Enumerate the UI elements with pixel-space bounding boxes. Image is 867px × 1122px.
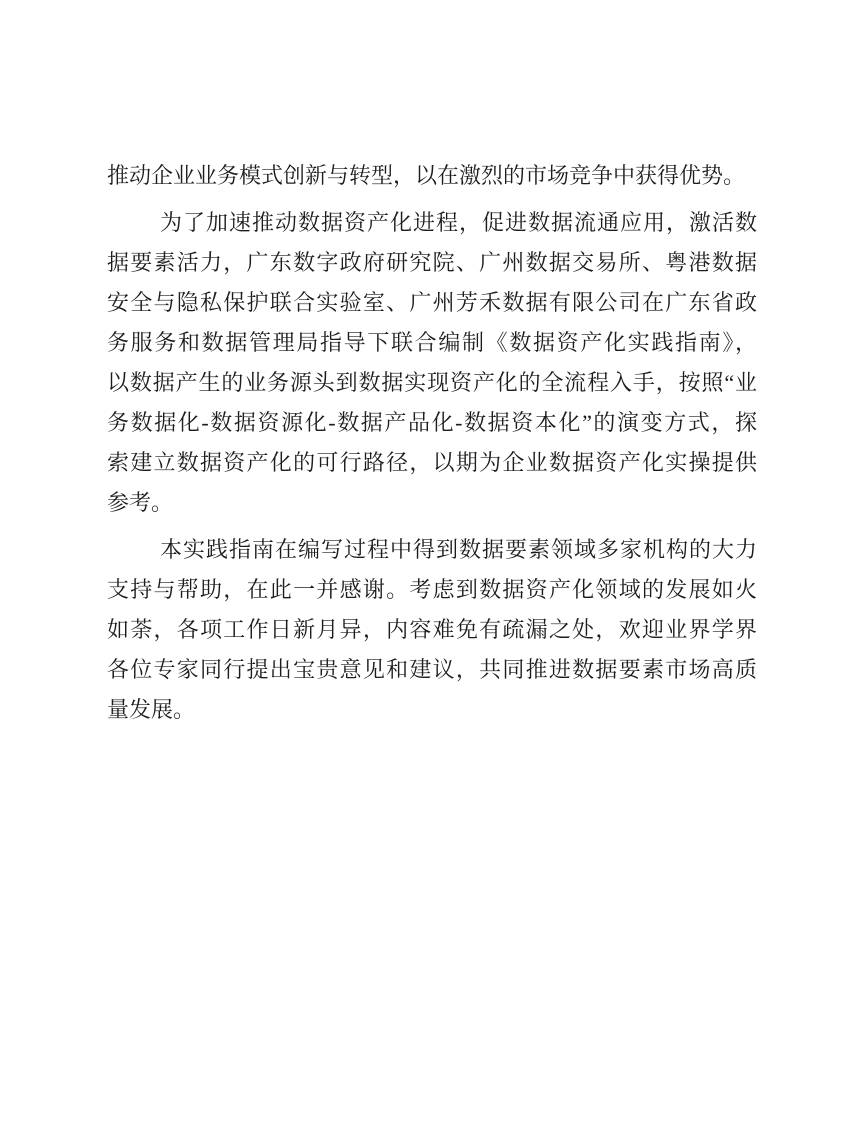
text-line: 本实践指南在编写过程中得到数据要素领域多家机构的大力	[107, 530, 757, 570]
text-line: 为了加速推动数据资产化进程，促进数据流通应用，激活数	[107, 203, 757, 243]
paragraph: 推动企业业务模式创新与转型，以在激烈的市场竞争中获得优势。	[107, 156, 757, 196]
text-line: 各位专家同行提出宝贵意见和建议，共同推进数据要素市场高质	[107, 650, 757, 690]
text-line: 安全与隐私保护联合实验室、广州芳禾数据有限公司在广东省政	[107, 283, 757, 323]
paragraph: 为了加速推动数据资产化进程，促进数据流通应用，激活数据要素活力，广东数字政府研究…	[107, 203, 757, 523]
text-line: 推动企业业务模式创新与转型，以在激烈的市场竞争中获得优势。	[107, 156, 757, 196]
text-line: 量发展。	[107, 690, 757, 730]
paragraph: 本实践指南在编写过程中得到数据要素领域多家机构的大力支持与帮助，在此一并感谢。考…	[107, 530, 757, 730]
text-line: 如荼，各项工作日新月异，内容难免有疏漏之处，欢迎业界学界	[107, 610, 757, 650]
text-block: 推动企业业务模式创新与转型，以在激烈的市场竞争中获得优势。为了加速推动数据资产化…	[107, 156, 757, 730]
text-line: 务数据化-数据资源化-数据产品化-数据资本化”的演变方式，探	[107, 403, 757, 443]
document-page: 推动企业业务模式创新与转型，以在激烈的市场竞争中获得优势。为了加速推动数据资产化…	[0, 0, 867, 1122]
text-line: 务服务和数据管理局指导下联合编制《数据资产化实践指南》，	[107, 323, 757, 363]
text-line: 参考。	[107, 483, 757, 523]
text-line: 以数据产生的业务源头到数据实现资产化的全流程入手，按照“业	[107, 363, 757, 403]
text-line: 据要素活力，广东数字政府研究院、广州数据交易所、粤港数据	[107, 243, 757, 283]
text-line: 支持与帮助，在此一并感谢。考虑到数据资产化领域的发展如火	[107, 570, 757, 610]
text-line: 索建立数据资产化的可行路径，以期为企业数据资产化实操提供	[107, 443, 757, 483]
